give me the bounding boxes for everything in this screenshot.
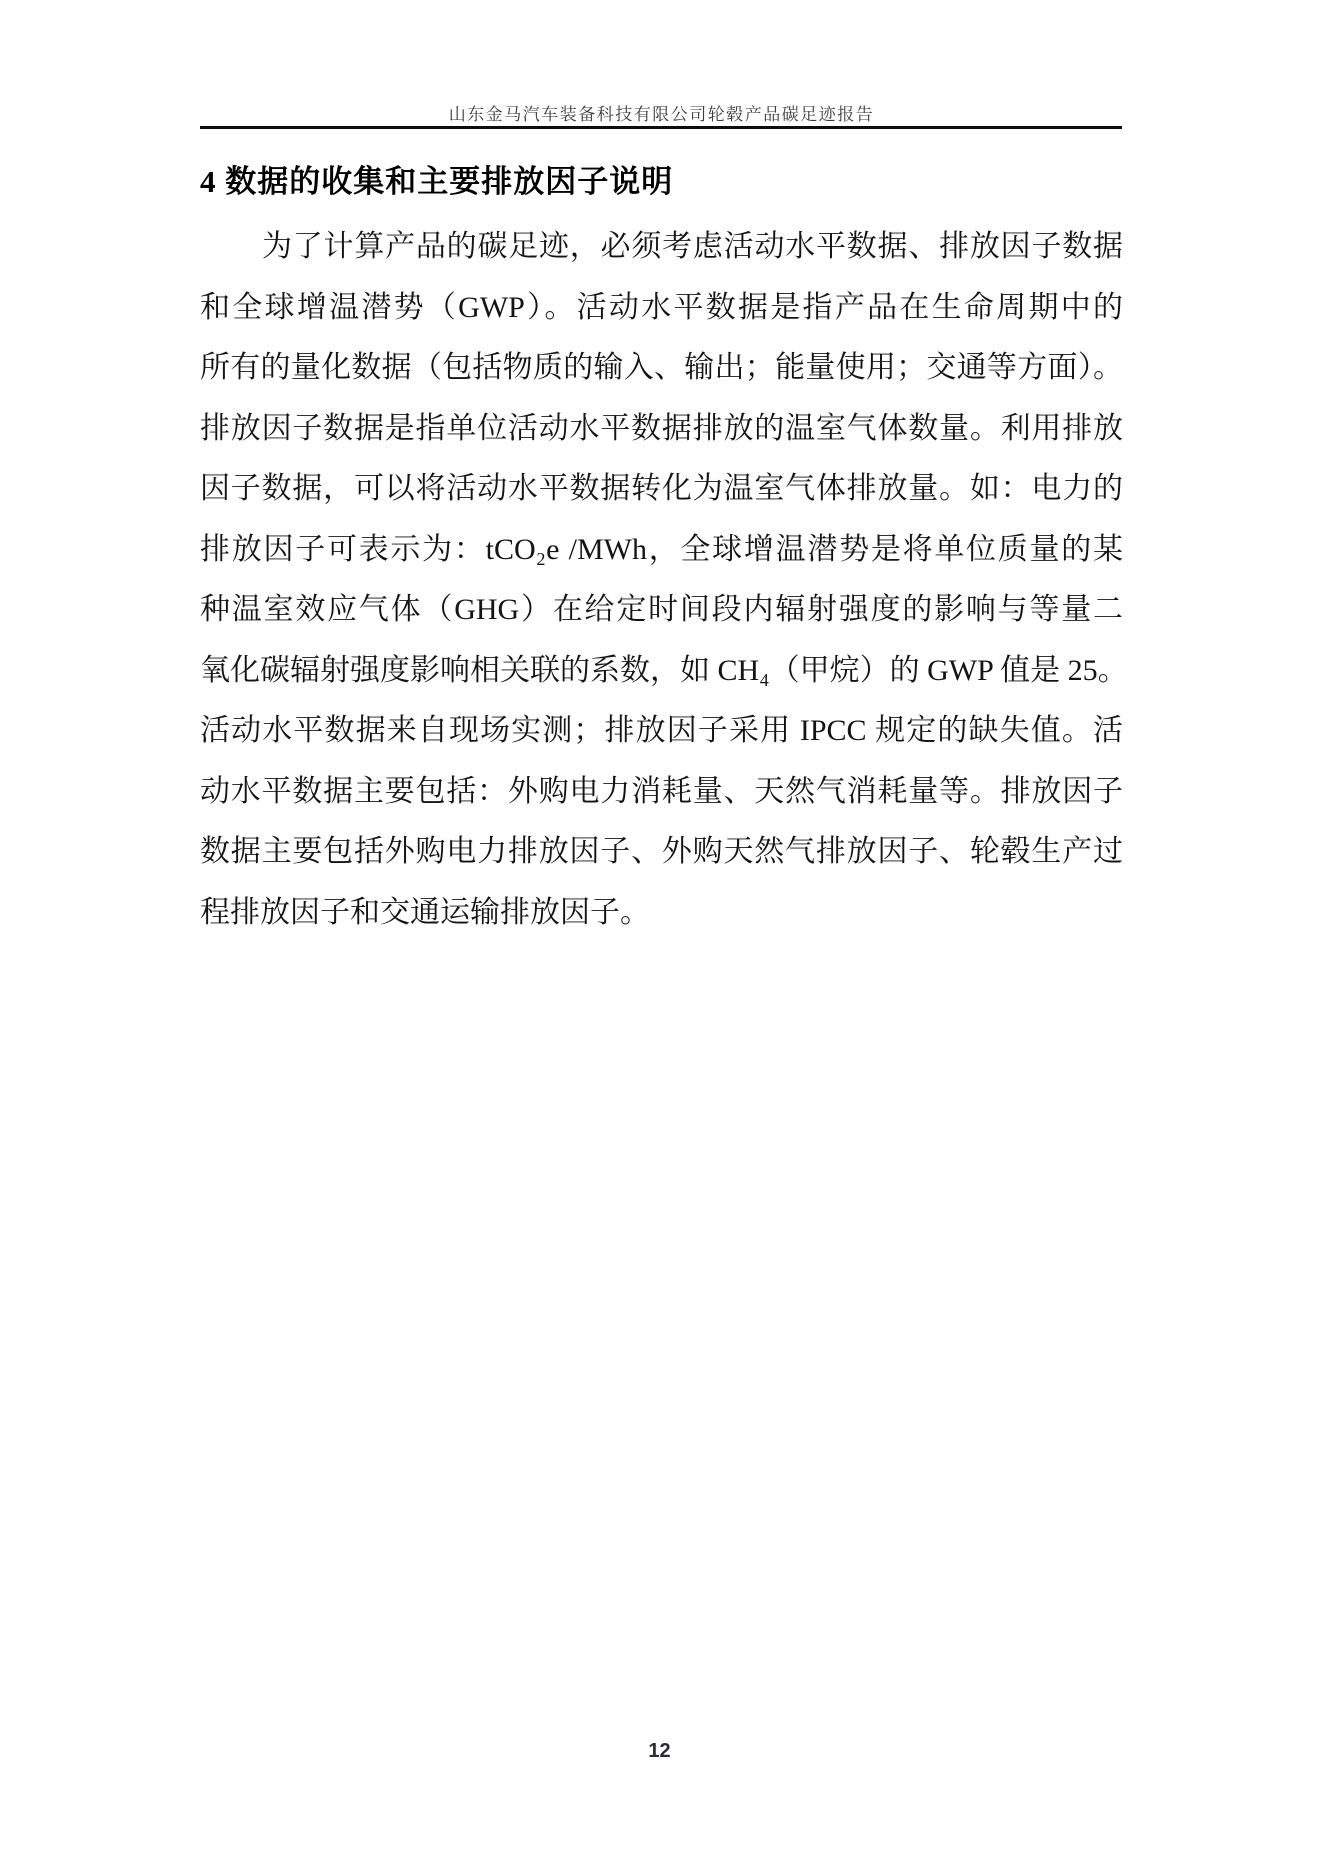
paragraph-line: 排放因子数据是指单位活动水平数据排放的温室气体数量。利用排放: [200, 399, 1123, 460]
paragraph-line: 和全球增温潜势（GWP）。活动水平数据是指产品在生命周期中的: [200, 278, 1123, 339]
paragraph-line: 氧化碳辐射强度影响相关联的系数，如 CH₄（甲烷）的 GWP 值是 25。: [200, 641, 1123, 702]
header-divider: [200, 126, 1122, 129]
paragraph-line: 种温室效应气体（GHG）在给定时间段内辐射强度的影响与等量二: [200, 580, 1123, 641]
paragraph-line: 动水平数据主要包括：外购电力消耗量、天然气消耗量等。排放因子: [200, 762, 1123, 823]
paragraph-line: 程排放因子和交通运输排放因子。: [200, 883, 1123, 944]
paragraph-line: 活动水平数据来自现场实测；排放因子采用 IPCC 规定的缺失值。活: [200, 701, 1123, 762]
paragraph-line: 因子数据，可以将活动水平数据转化为温室气体排放量。如：电力的: [200, 459, 1123, 520]
section-heading: 4 数据的收集和主要排放因子说明: [200, 156, 1123, 201]
page-header-title: 山东金马汽车装备科技有限公司轮毂产品碳足迹报告: [200, 100, 1123, 125]
paragraph-line: 数据主要包括外购电力排放因子、外购天然气排放因子、轮毂生产过: [200, 822, 1123, 883]
page-number: 12: [0, 1740, 1319, 1763]
paragraph-line: 所有的量化数据（包括物质的输入、输出；能量使用；交通等方面）。: [200, 338, 1123, 399]
document-page: 山东金马汽车装备科技有限公司轮毂产品碳足迹报告 4 数据的收集和主要排放因子说明…: [0, 0, 1323, 1871]
paragraph-line: 排放因子可表示为：tCO₂e /MWh，全球增温潜势是将单位质量的某: [200, 520, 1123, 581]
paragraph-block: 为了计算产品的碳足迹，必须考虑活动水平数据、排放因子数据 和全球增温潜势（GWP…: [200, 217, 1123, 943]
paragraph-line: 为了计算产品的碳足迹，必须考虑活动水平数据、排放因子数据: [200, 217, 1123, 278]
